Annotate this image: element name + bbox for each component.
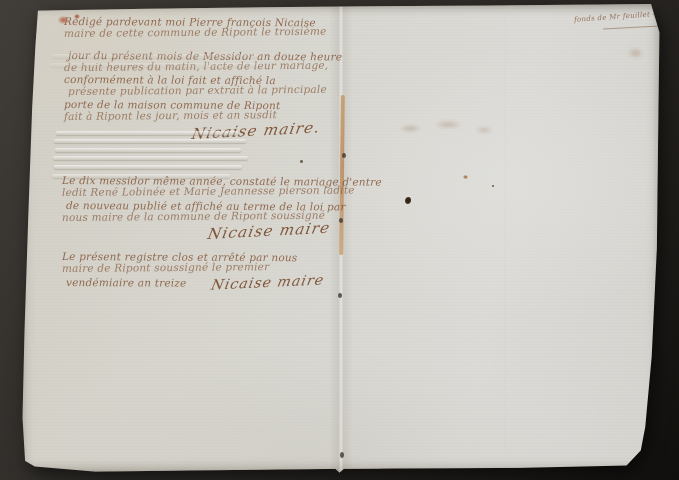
archive-note: fonds de Mr feuillet 40 <box>574 8 679 24</box>
foxing-spot <box>463 175 468 179</box>
ink-blot <box>405 197 411 204</box>
archive-note-underline <box>603 25 661 29</box>
page-right: fonds de Mr feuillet 40 <box>18 4 662 474</box>
paper-crease <box>505 10 507 452</box>
photo-backdrop: Rédigé pardevant moi Pierre françois Nic… <box>0 0 679 480</box>
ink-bleedthrough <box>390 112 502 142</box>
foxing-spot <box>492 185 494 187</box>
manuscript-scan: Rédigé pardevant moi Pierre françois Nic… <box>18 4 662 474</box>
paper-sheet: Rédigé pardevant moi Pierre françois Nic… <box>18 4 662 474</box>
foxing-spot <box>628 48 643 58</box>
